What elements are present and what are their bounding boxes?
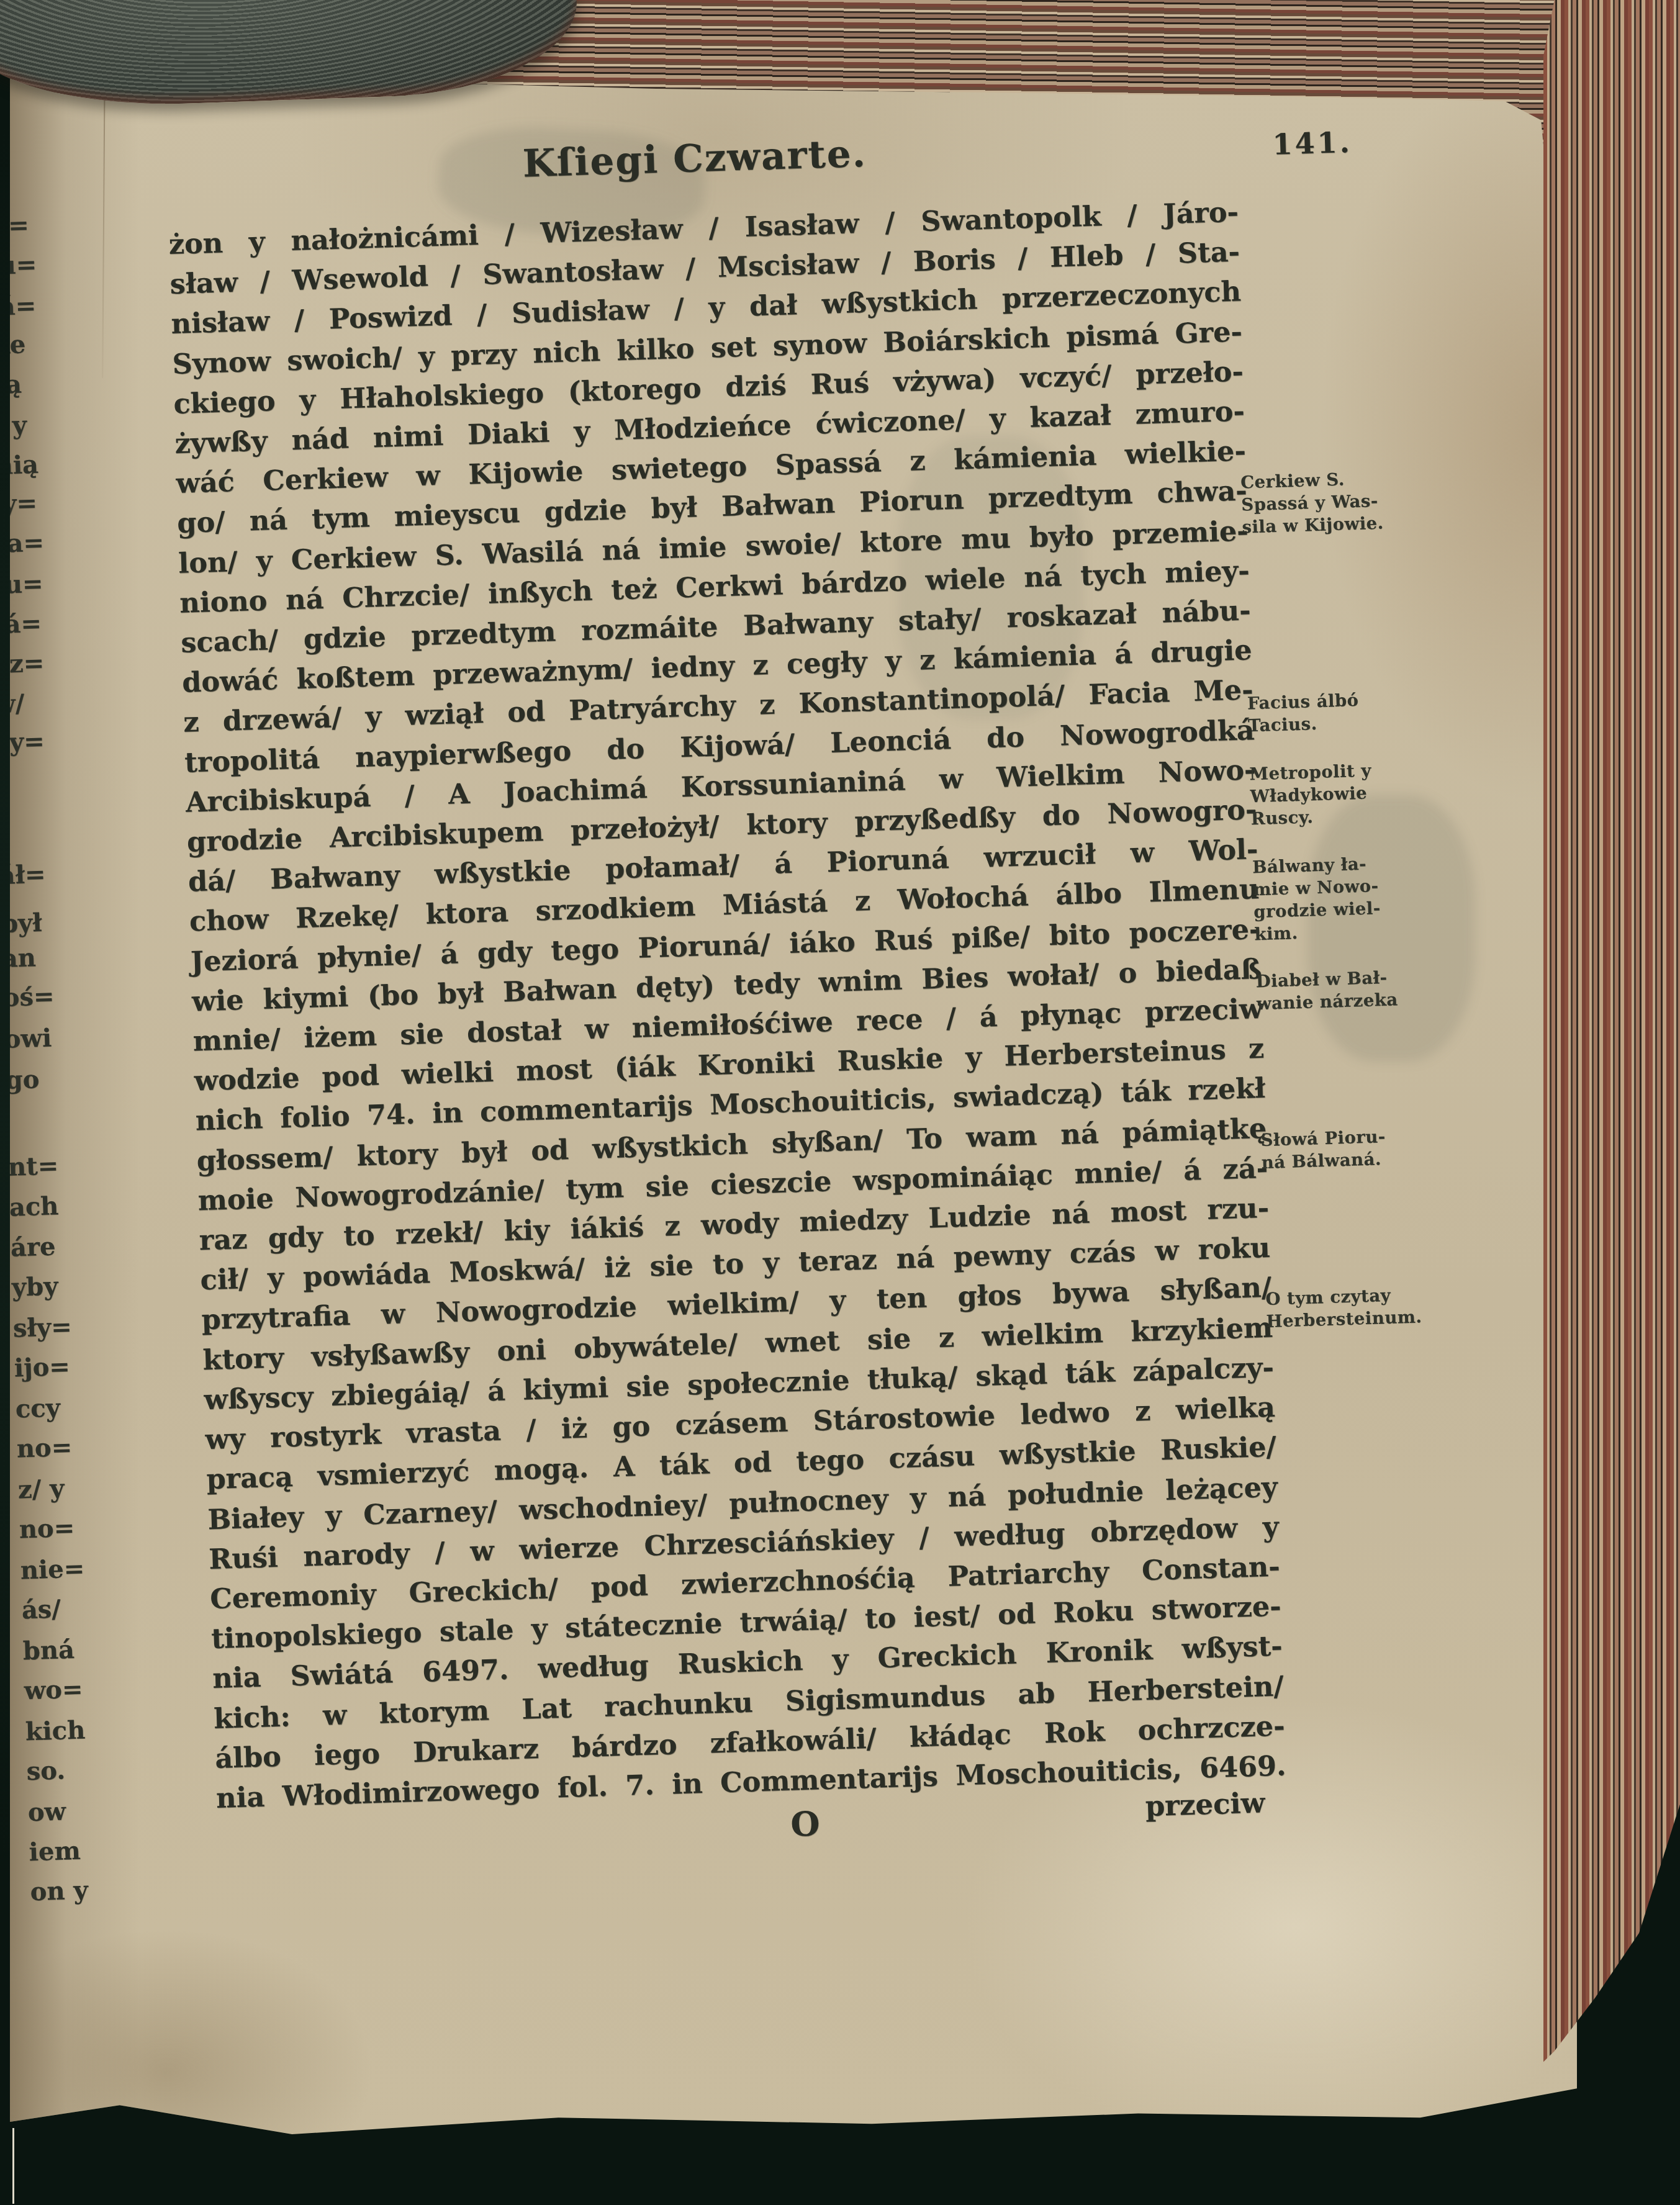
gutter-fragment: wo= (24, 1674, 83, 1705)
gutter-fragment: ijo= (14, 1352, 70, 1383)
gutter-fragment: so. (26, 1756, 66, 1786)
gutter-fragment: ow (27, 1797, 66, 1827)
gutter-fragment: zy= (0, 727, 45, 757)
gutter-fragment: pá= (0, 291, 37, 322)
page-paper: Kſiegi Czwarte. 141. żon y nałożnicámi /… (10, 56, 1577, 2134)
gutter-fragment: nt= (7, 1151, 58, 1181)
gutter-fragment: owi (4, 1023, 52, 1053)
gutter-fragment: ás/ (21, 1594, 61, 1625)
gutter-fragment: yby (11, 1271, 58, 1302)
gutter-fragment: su= (0, 569, 43, 600)
gutter-fragment: sły= (12, 1312, 72, 1343)
gutter-fragment: na= (0, 528, 44, 559)
gutter-fragment: nie= (20, 1554, 85, 1585)
gutter-fragment: oz= (0, 649, 45, 680)
gutter-fragment: z/ y (17, 1474, 65, 1504)
gutter-fragment: áł= (0, 860, 46, 890)
page-edge-sliver (12, 2128, 14, 2204)
gutter-fragment: re= (0, 210, 29, 241)
book-photo-page: { "header": { "running_title": "Kſiegi C… (0, 0, 1680, 2205)
book-scene: Kſiegi Czwarte. 141. żon y nałożnicámi /… (0, 0, 1680, 2205)
gutter-fragment: bná (22, 1635, 75, 1666)
gutter-fragment: on y (30, 1875, 88, 1906)
gutter-fragment: no= (16, 1433, 73, 1464)
gutter-fragment: áre (10, 1232, 56, 1262)
gutter-fragment: w/ (0, 689, 25, 719)
gutter-fragment: bu= (0, 250, 37, 281)
gutter-fragment: zy= (0, 489, 38, 519)
gutter-fragments: re=bu=pá=łkewąn ymiązy=na=su=rá=oz=w/zy=… (0, 32, 1609, 2158)
gutter-fragment: rá= (0, 609, 42, 639)
gutter-fragment: oś= (2, 981, 55, 1012)
gutter-fragment: n y (0, 410, 27, 441)
gutter-fragment: ccy (15, 1393, 60, 1423)
fore-edge-page-stack (1543, 0, 1680, 2148)
gutter-fragment: go (5, 1065, 40, 1095)
gutter-fragment: wą (0, 369, 22, 400)
gutter-fragment: iem (29, 1836, 81, 1867)
gutter-fragment: mią (0, 450, 39, 481)
printed-content: Kſiegi Czwarte. 141. żon y nałożnicámi /… (0, 32, 1609, 2158)
gutter-fragment: kich (25, 1715, 86, 1746)
gutter-fragment: an (1, 943, 36, 973)
red-sprinkle-bottom-edge (543, 2127, 1577, 2134)
gutter-fragment: łke (0, 330, 26, 360)
gutter-fragment: ach (9, 1191, 59, 1222)
gutter-fragment: no= (19, 1513, 75, 1544)
gutter-fragment: był (0, 908, 42, 939)
